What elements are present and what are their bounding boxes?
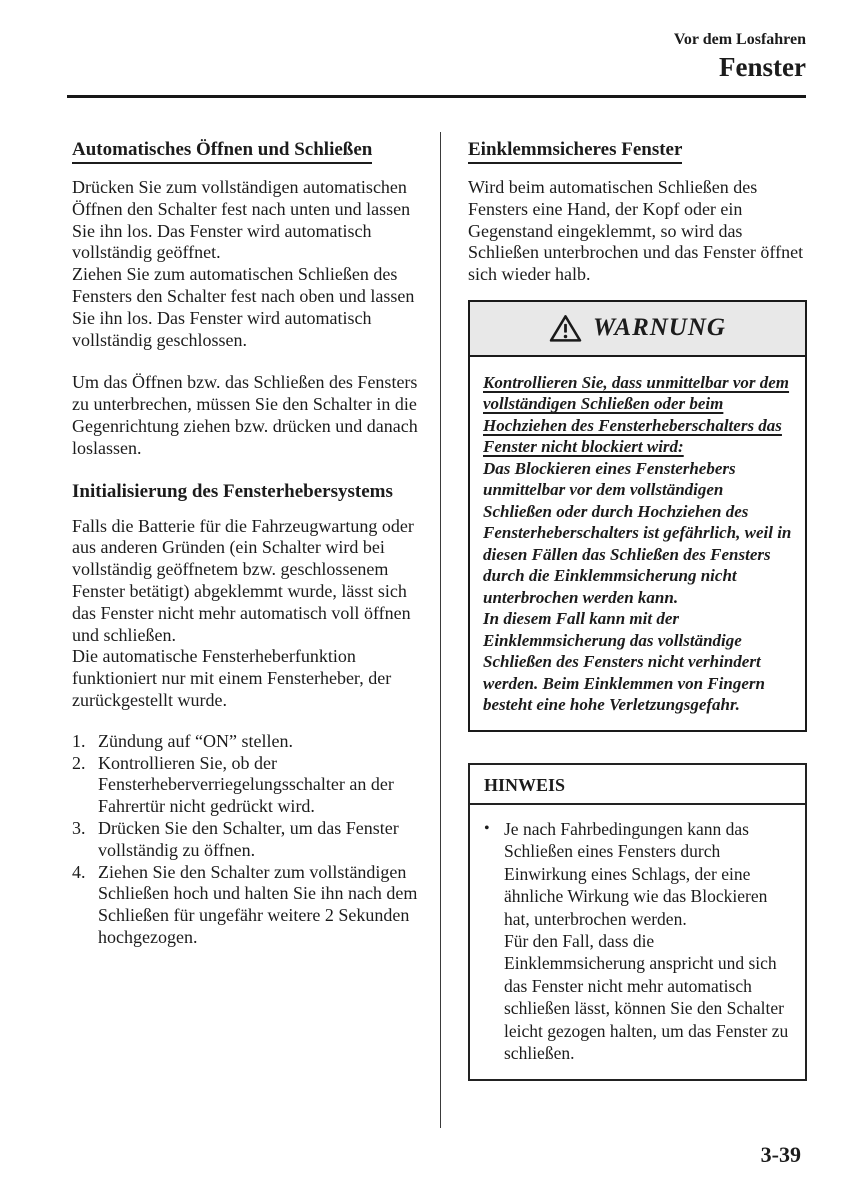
section-heading-initialization: Initialisierung des Fensterhebersystems bbox=[72, 480, 424, 504]
page-number: 3-39 bbox=[761, 1142, 801, 1168]
step-text: Kontrollieren Sie, ob der Fensterheberve… bbox=[98, 753, 424, 818]
right-column: Einklemmsicheres Fenster Wird beim autom… bbox=[468, 138, 807, 1081]
warning-body: Kontrollieren Sie, dass unmittelbar vor … bbox=[470, 357, 805, 730]
list-item: 3. Drücken Sie den Schalter, um das Fens… bbox=[72, 818, 424, 862]
warning-paragraph: In diesem Fall kann mit der Einklemmsich… bbox=[483, 608, 793, 716]
header-rule bbox=[67, 95, 806, 98]
warning-paragraph: Das Blockieren eines Fensterhebers unmit… bbox=[483, 458, 793, 609]
list-item: • Je nach Fahrbedingungen kann das Schli… bbox=[482, 818, 797, 1064]
paragraph: Drücken Sie zum vollständigen automatisc… bbox=[72, 177, 424, 264]
warning-title: WARNUNG bbox=[593, 314, 726, 342]
page-header: Vor dem Losfahren Fenster bbox=[674, 30, 806, 83]
note-paragraph: Je nach Fahrbedingungen kann das Schließ… bbox=[504, 818, 797, 930]
warning-box: WARNUNG Kontrollieren Sie, dass unmittel… bbox=[468, 300, 807, 732]
paragraph: Die automatische Fensterheberfunktion fu… bbox=[72, 646, 424, 711]
list-item: 1. Zündung auf “ON” stellen. bbox=[72, 731, 424, 753]
page-title: Fenster bbox=[674, 51, 806, 83]
chapter-label: Vor dem Losfahren bbox=[674, 30, 806, 50]
manual-page: Vor dem Losfahren Fenster Automatisches … bbox=[0, 0, 845, 1200]
column-divider bbox=[440, 132, 441, 1128]
warning-lead-text: Kontrollieren Sie, dass unmittelbar vor … bbox=[483, 372, 793, 458]
left-column: Automatisches Öffnen und Schließen Drück… bbox=[72, 138, 424, 949]
step-number: 3. bbox=[72, 818, 98, 862]
note-box: HINWEIS • Je nach Fahrbedingungen kann d… bbox=[468, 763, 807, 1081]
paragraph: Wird beim automatischen Schließen des Fe… bbox=[468, 177, 807, 286]
step-number: 2. bbox=[72, 753, 98, 818]
paragraph: Falls die Batterie für die Fahrzeugwartu… bbox=[72, 516, 424, 647]
step-text: Ziehen Sie den Schalter zum vollständige… bbox=[98, 862, 424, 949]
warning-header: WARNUNG bbox=[470, 302, 805, 357]
section-heading-anti-pinch: Einklemmsicheres Fenster bbox=[468, 138, 682, 164]
note-title: HINWEIS bbox=[470, 765, 805, 805]
list-item: 2. Kontrollieren Sie, ob der Fensterhebe… bbox=[72, 753, 424, 818]
bullet-icon: • bbox=[482, 818, 504, 1064]
note-bullet-text: Je nach Fahrbedingungen kann das Schließ… bbox=[504, 818, 797, 1064]
note-paragraph: Für den Fall, dass die Einklemmsicherung… bbox=[504, 930, 797, 1064]
warning-triangle-icon bbox=[549, 314, 582, 343]
step-text: Drücken Sie den Schalter, um das Fenster… bbox=[98, 818, 424, 862]
section-heading-auto-open-close: Automatisches Öffnen und Schließen bbox=[72, 138, 372, 164]
step-number: 1. bbox=[72, 731, 98, 753]
step-number: 4. bbox=[72, 862, 98, 949]
init-steps-list: 1. Zündung auf “ON” stellen. 2. Kontroll… bbox=[72, 731, 424, 949]
list-item: 4. Ziehen Sie den Schalter zum vollständ… bbox=[72, 862, 424, 949]
paragraph: Ziehen Sie zum automatischen Schließen d… bbox=[72, 264, 424, 351]
paragraph: Um das Öffnen bzw. das Schließen des Fen… bbox=[72, 372, 424, 459]
step-text: Zündung auf “ON” stellen. bbox=[98, 731, 424, 753]
note-body: • Je nach Fahrbedingungen kann das Schli… bbox=[470, 805, 805, 1079]
